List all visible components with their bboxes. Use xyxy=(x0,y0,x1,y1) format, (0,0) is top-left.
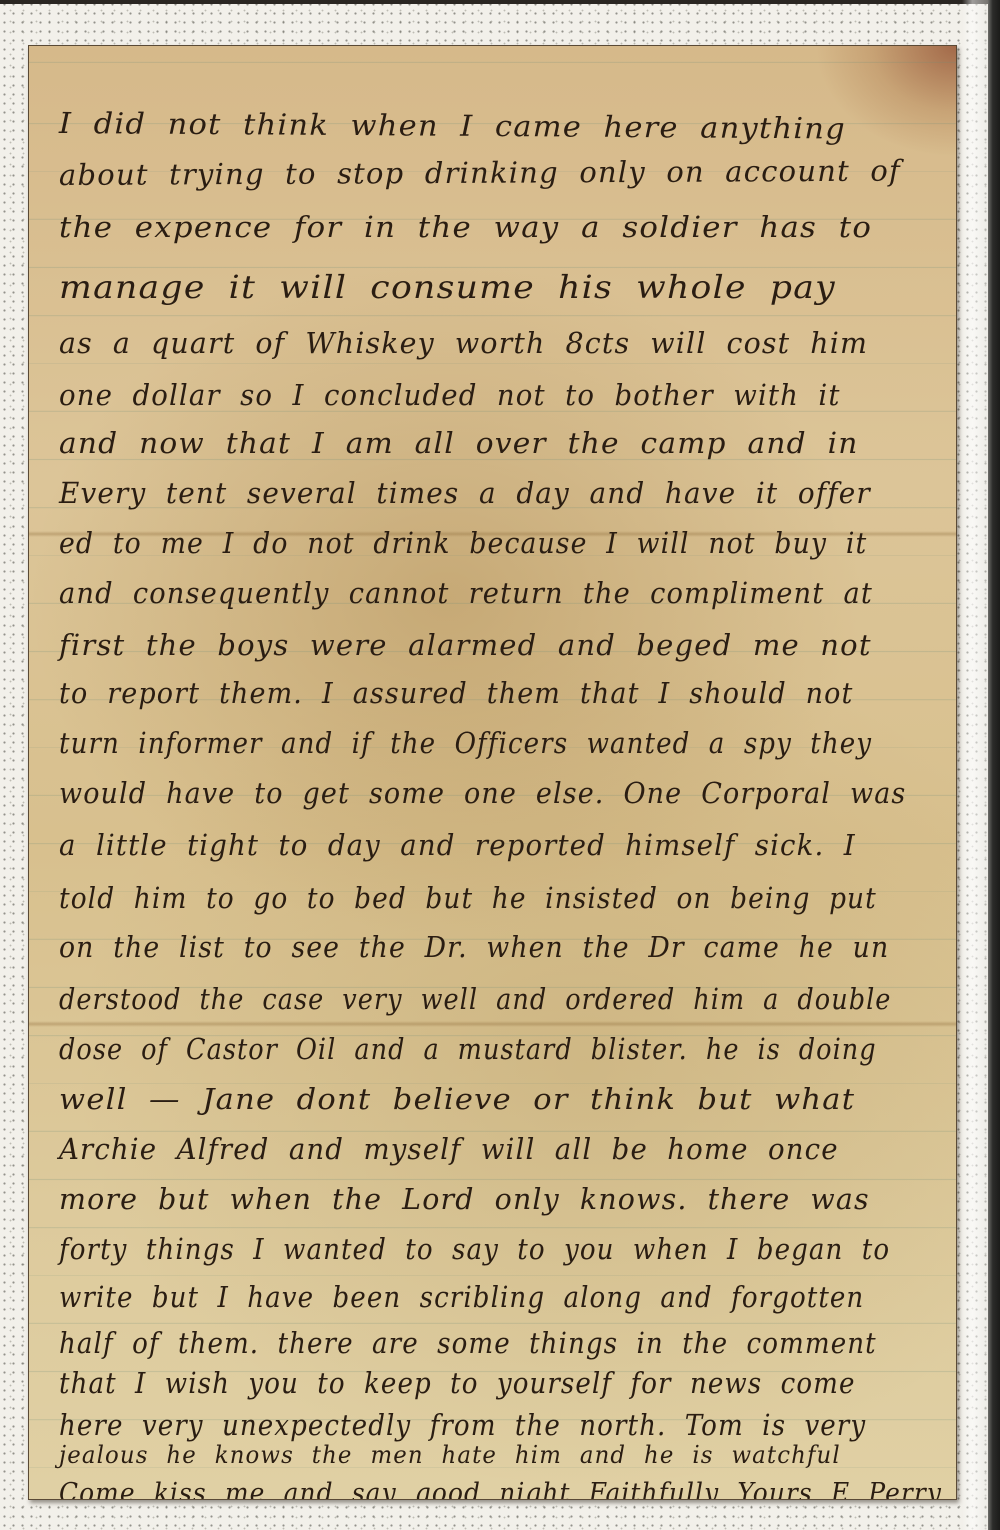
letter-line-6: one dollar so I concluded not to bother … xyxy=(59,378,841,412)
letter-line-26: that I wish you to keep to yourself for … xyxy=(59,1366,855,1400)
letter-line-15: a little tight to day and reported himse… xyxy=(59,828,856,862)
letter-closing-signature: Come kiss me and say good night Faithful… xyxy=(59,1478,942,1500)
letter-line-21: Archie Alfred and myself will all be hom… xyxy=(59,1132,839,1166)
letter-line-13: turn informer and if the Officers wanted… xyxy=(59,726,872,760)
letter-line-4: manage it will consume his whole pay xyxy=(59,268,836,306)
letter-line-14: would have to get some one else. One Cor… xyxy=(59,776,906,810)
scan-top-edge xyxy=(0,0,1000,4)
letter-line-9: ed to me I do not drink because I will n… xyxy=(59,526,867,560)
letter-page: I did not think when I came here anythin… xyxy=(28,45,957,1500)
letter-line-5: as a quart of Whiskey worth 8cts will co… xyxy=(59,326,868,360)
letter-line-23: forty things I wanted to say to you when… xyxy=(59,1232,890,1266)
letter-line-24: write but I have been scribling along an… xyxy=(59,1280,864,1314)
letter-line-28: jealous he knows the men hate him and he… xyxy=(59,1441,841,1469)
scan-binding-edge xyxy=(988,0,1000,1530)
letter-line-1: I did not think when I came here anythin… xyxy=(59,106,846,145)
letter-line-11: first the boys were alarmed and beged me… xyxy=(59,628,872,662)
scan-right-margin xyxy=(962,0,988,1530)
letter-line-17: on the list to see the Dr. when the Dr c… xyxy=(59,930,889,964)
letter-line-20: well — Jane dont believe or think but wh… xyxy=(59,1082,855,1116)
letter-line-19: dose of Castor Oil and a mustard blister… xyxy=(59,1032,877,1066)
letter-line-3: the expence for in the way a soldier has… xyxy=(59,210,872,244)
letter-line-8: Every tent several times a day and have … xyxy=(59,476,871,510)
letter-line-25: half of them. there are some things in t… xyxy=(59,1326,877,1360)
letter-line-2: about trying to stop drinking only on ac… xyxy=(59,154,901,192)
letter-line-27: here very unexpectedly from the north. T… xyxy=(59,1408,866,1442)
letter-line-16: told him to go to bed but he insisted on… xyxy=(59,881,877,915)
letter-line-12: to report them. I assured them that I sh… xyxy=(59,676,853,710)
letter-line-7: and now that I am all over the camp and … xyxy=(59,426,859,460)
fold-line xyxy=(29,1021,956,1027)
letter-line-22: more but when the Lord only knows. there… xyxy=(59,1182,870,1216)
letter-line-18: derstood the case very well and ordered … xyxy=(59,982,891,1016)
letter-line-10: and consequently cannot return the compl… xyxy=(59,576,873,610)
